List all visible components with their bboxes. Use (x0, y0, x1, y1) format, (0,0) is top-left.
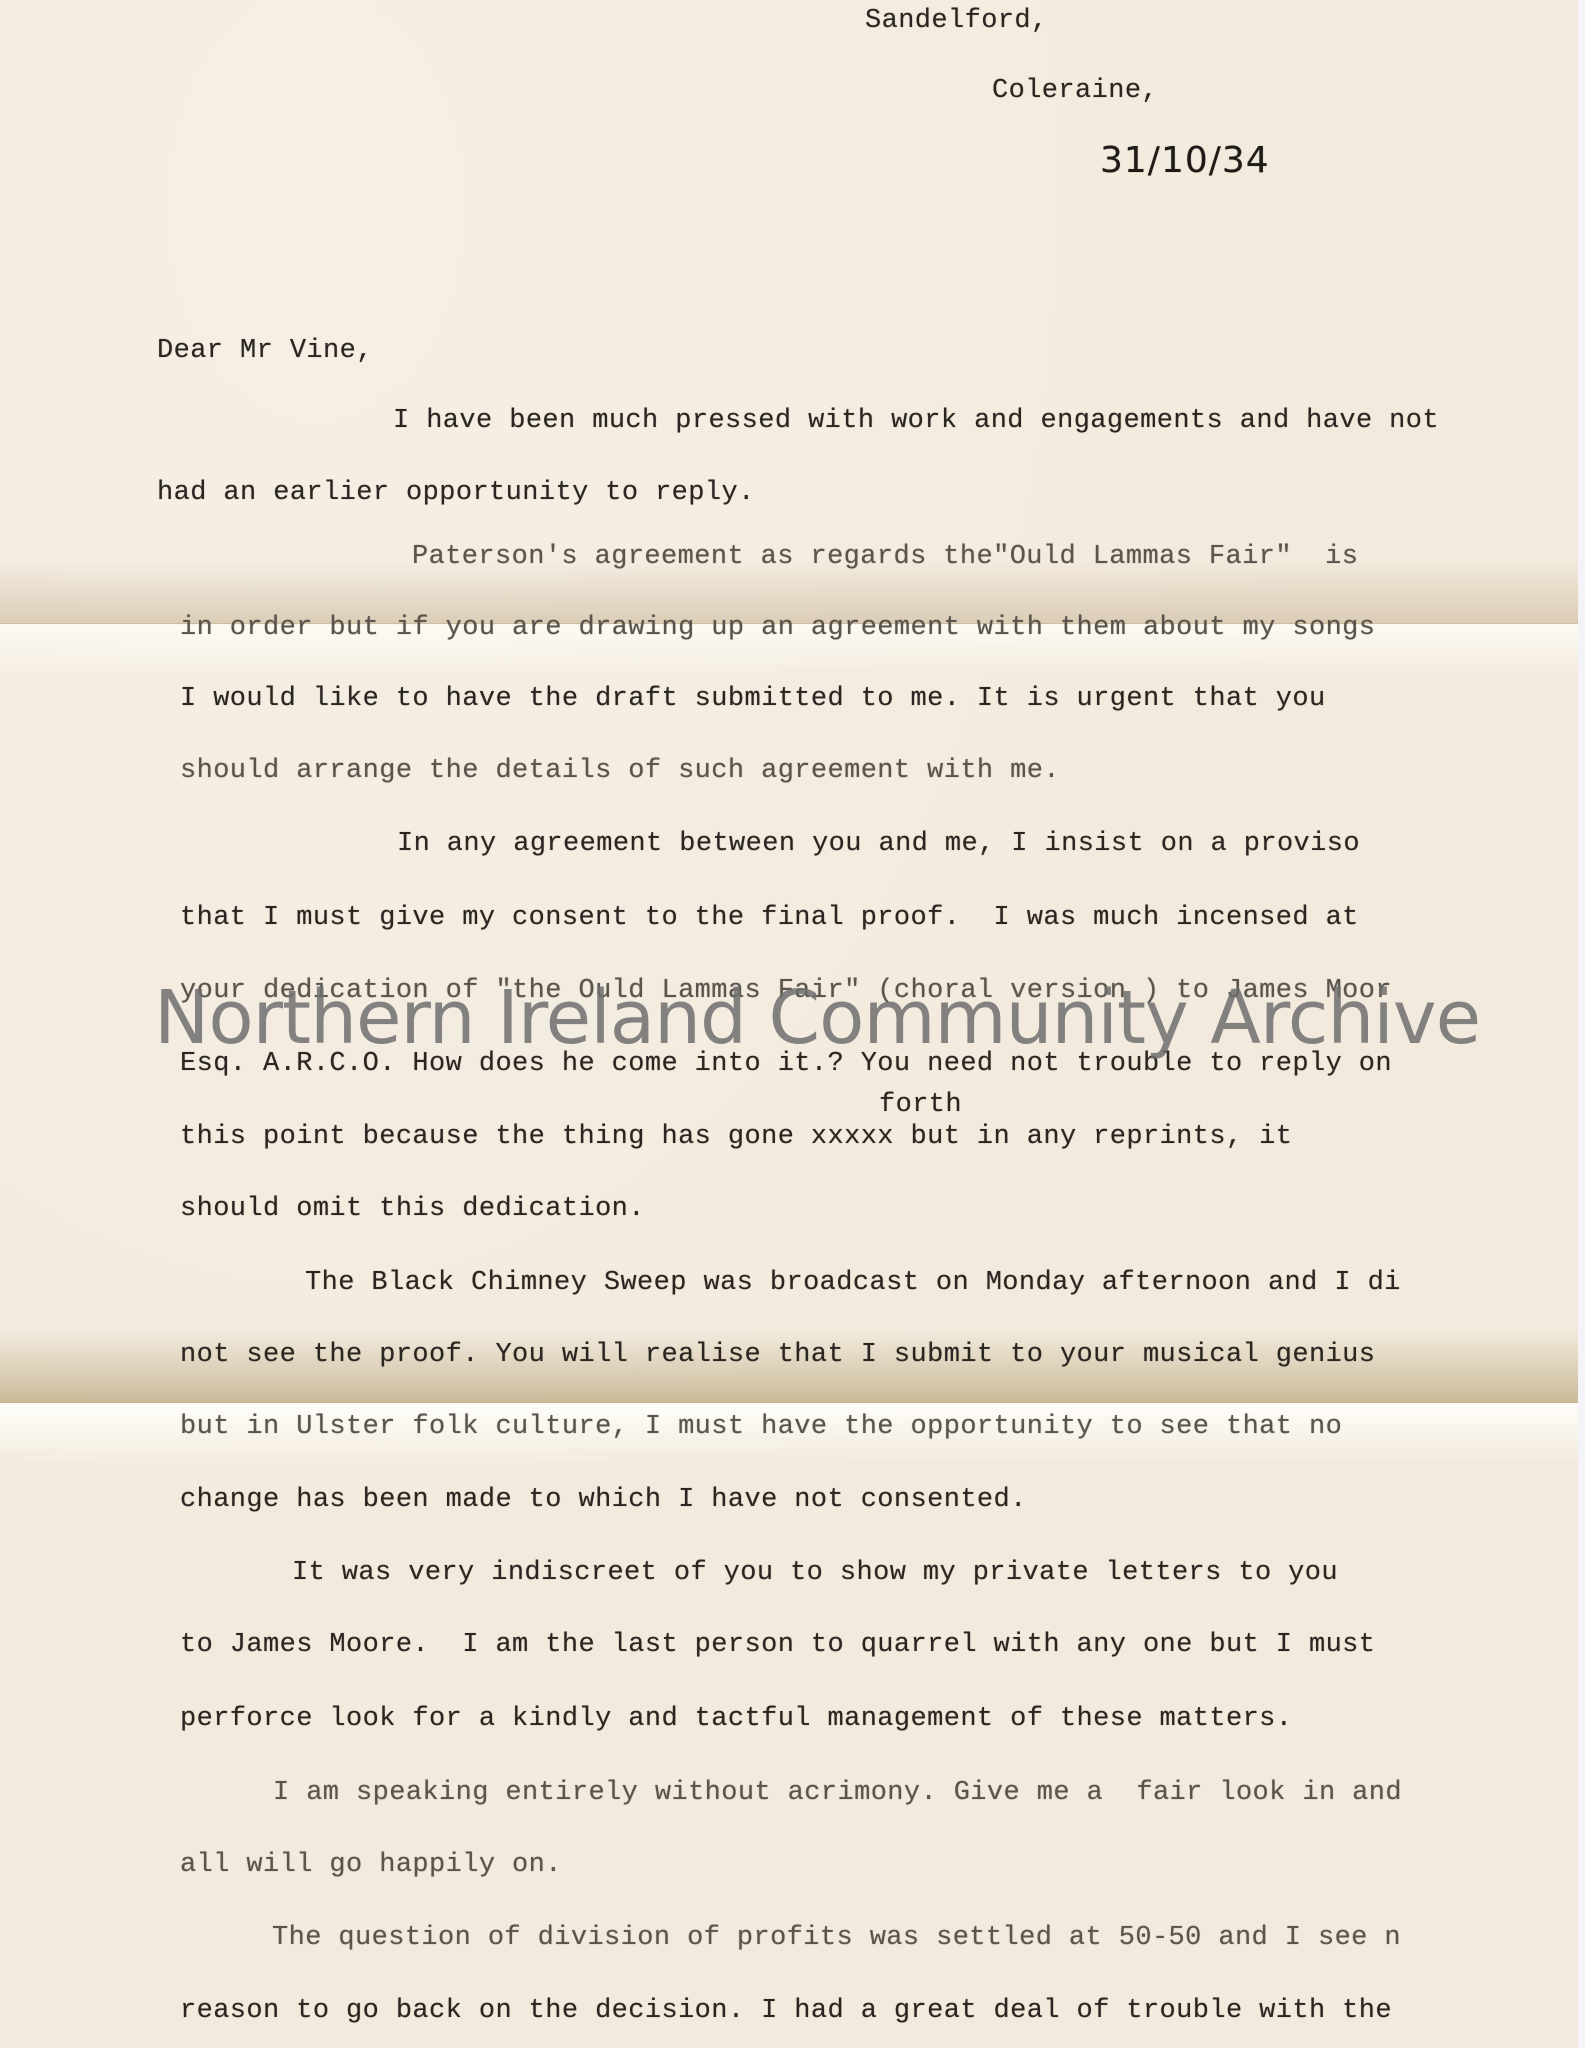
address-line-2: Coleraine, (992, 76, 1158, 106)
body-line: The question of division of profits was … (272, 1923, 1401, 1953)
body-line: perforce look for a kindly and tactful m… (180, 1704, 1292, 1734)
body-line: Paterson's agreement as regards the"Ould… (412, 542, 1358, 572)
body-line: not see the proof. You will realise that… (180, 1340, 1375, 1370)
body-line: I am speaking entirely without acrimony.… (273, 1778, 1402, 1808)
body-line: reason to go back on the decision. I had… (180, 1996, 1392, 2026)
body-line: all will go happily on. (180, 1850, 562, 1880)
insertion-text: forth (879, 1090, 962, 1120)
body-line: but in Ulster folk culture, I must have … (180, 1412, 1342, 1442)
body-line: The Black Chimney Sweep was broadcast on… (305, 1268, 1401, 1298)
body-line: that I must give my consent to the final… (180, 903, 1359, 933)
body-line: should omit this dedication. (180, 1194, 645, 1224)
letter-date: 31/10/34 (1100, 140, 1270, 181)
body-line: change has been made to which I have not… (180, 1485, 1027, 1515)
page-edge (1578, 0, 1585, 2048)
body-line: I have been much pressed with work and e… (393, 406, 1439, 436)
body-line: in order but if you are drawing up an ag… (180, 613, 1375, 643)
archive-watermark: Northern Ireland Community Archive (154, 975, 1480, 1061)
body-line: I would like to have the draft submitted… (180, 684, 1326, 714)
address-line-1: Sandelford, (865, 6, 1048, 36)
body-line: should arrange the details of such agree… (180, 756, 1060, 786)
body-line: In any agreement between you and me, I i… (397, 829, 1360, 859)
body-line: It was very indiscreet of you to show my… (292, 1558, 1338, 1588)
body-line: this point because the thing has gone xx… (180, 1122, 1292, 1152)
salutation: Dear Mr Vine, (157, 336, 373, 366)
body-line: had an earlier opportunity to reply. (157, 478, 755, 508)
body-line: to James Moore. I am the last person to … (180, 1630, 1375, 1660)
